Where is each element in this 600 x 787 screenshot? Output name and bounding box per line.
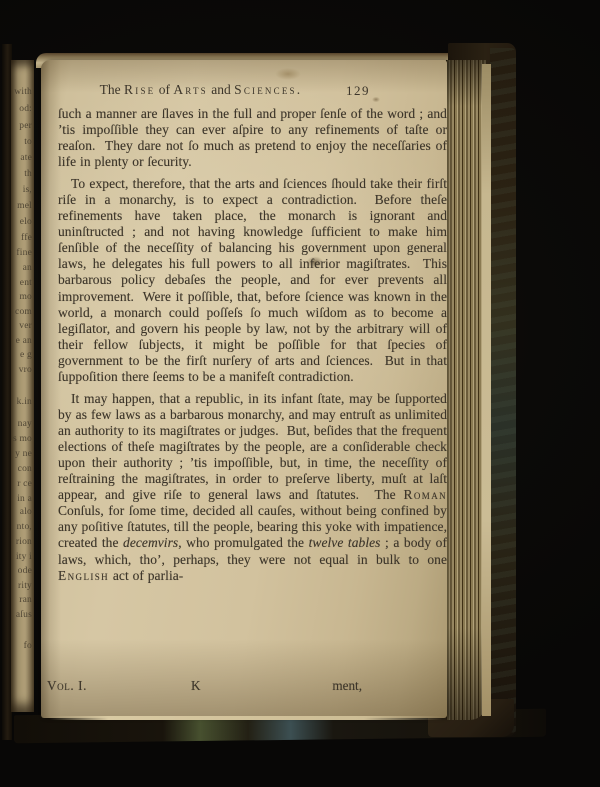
left-page-text-fragment: ity i: [16, 552, 32, 562]
heading-smallcaps: Rise: [124, 82, 155, 97]
left-page-text-fragment: mo: [19, 292, 32, 302]
left-page-text-fragment: is,: [23, 185, 32, 195]
fore-edge-highlight: [482, 64, 491, 716]
left-page-text-fragment: ode: [18, 566, 32, 576]
smallcaps-text: English: [58, 568, 109, 583]
left-page-text-fragment: ran: [19, 595, 32, 605]
paragraph-1: ſuch a manner are ſlaves in the full and…: [58, 106, 447, 170]
fore-edge-pages: [446, 60, 486, 720]
left-page-text-fragment: od:: [19, 104, 32, 114]
left-page-text-fragment: elo: [20, 217, 32, 227]
left-page-text-fragment: fo: [24, 641, 32, 651]
paragraph-2: To expect, therefore, that the arts and …: [58, 176, 447, 385]
left-page-text-fragment: th: [24, 169, 32, 179]
heading-text: of: [155, 82, 173, 97]
previous-page-edge: withod:pertoatethis,meleloffefineanentmo…: [11, 60, 34, 712]
left-page-text-fragment: fine: [16, 248, 32, 258]
heading-smallcaps: Sciences.: [234, 82, 302, 97]
left-page-text-fragment: alo: [20, 507, 32, 517]
body-text: ſuch a manner are ſlaves in the full and…: [58, 106, 447, 589]
page-heading: The Rise of Arts and Sciences.: [58, 82, 344, 98]
left-page-text-fragment: per: [19, 121, 32, 131]
left-page-text-fragment: com: [15, 307, 32, 317]
left-page-text-fragment: rion: [16, 537, 32, 547]
left-page-text-fragment: e an: [16, 336, 32, 346]
left-page-text-fragment: con: [18, 464, 32, 474]
cover-edge: [490, 48, 516, 736]
left-page-text-fragment: nay: [18, 419, 32, 429]
left-page-text-fragment: with: [14, 87, 32, 97]
left-page-text-fragment: an: [23, 263, 32, 273]
italic-text: decemvirs: [123, 535, 178, 550]
left-page-text-fragment: r ce: [17, 479, 32, 489]
catchword: ment,: [332, 678, 362, 694]
left-page-text-fragment: in a: [17, 494, 32, 504]
running-head: The Rise of Arts and Sciences. 129: [58, 82, 370, 100]
left-page-text-fragment: ate: [20, 153, 32, 163]
page-number: 129: [346, 83, 370, 99]
left-page-text-fragment: y ne: [15, 449, 32, 459]
left-page-text-fragment: ent: [20, 278, 32, 288]
left-page-text-fragment: rity: [18, 581, 32, 591]
paragraph-3: It may happen, that a republic, in its i…: [58, 391, 447, 584]
left-page-text-fragment: to: [24, 137, 32, 147]
italic-text: twelve tables: [309, 535, 381, 550]
signature-mark: K: [191, 678, 201, 694]
left-page-text-fragment: mel: [17, 201, 32, 211]
smallcaps-text: Roman: [403, 487, 447, 502]
left-page-text-fragment: ffe: [21, 233, 32, 243]
left-page-text-fragment: s mo: [13, 434, 32, 444]
paragraph-text: act of parlia-: [109, 568, 183, 583]
heading-text: and: [208, 82, 234, 97]
paragraph-text: , who promulgated the: [178, 535, 308, 550]
volume-label: Vol. I.: [47, 678, 87, 694]
heading-text: The: [100, 82, 124, 97]
paragraph-text: It may happen, that a republic, in its i…: [58, 391, 447, 503]
paper-stain: [371, 96, 381, 103]
left-page-text-fragment: aſus: [16, 610, 32, 620]
left-page-text-fragment: k.in: [17, 397, 32, 407]
left-page-text-fragment: ver: [19, 321, 32, 331]
photo-background: withod:pertoatethis,meleloffefineanentmo…: [0, 0, 600, 787]
paragraph-text: ſuch a manner are ſlaves in the full and…: [58, 106, 447, 169]
left-page-text-fragment: vro: [19, 365, 32, 375]
left-page-text-fragment: e g: [20, 350, 32, 360]
paragraph-text: To expect, therefore, that the arts and …: [58, 176, 447, 384]
left-page-text-fragment: nto,: [17, 522, 32, 532]
page-footer: Vol. I. K ment,: [41, 678, 447, 696]
heading-smallcaps: Arts: [173, 82, 208, 97]
paper-stain: [271, 66, 305, 82]
book-page: The Rise of Arts and Sciences. 129 ſuch …: [41, 60, 447, 718]
